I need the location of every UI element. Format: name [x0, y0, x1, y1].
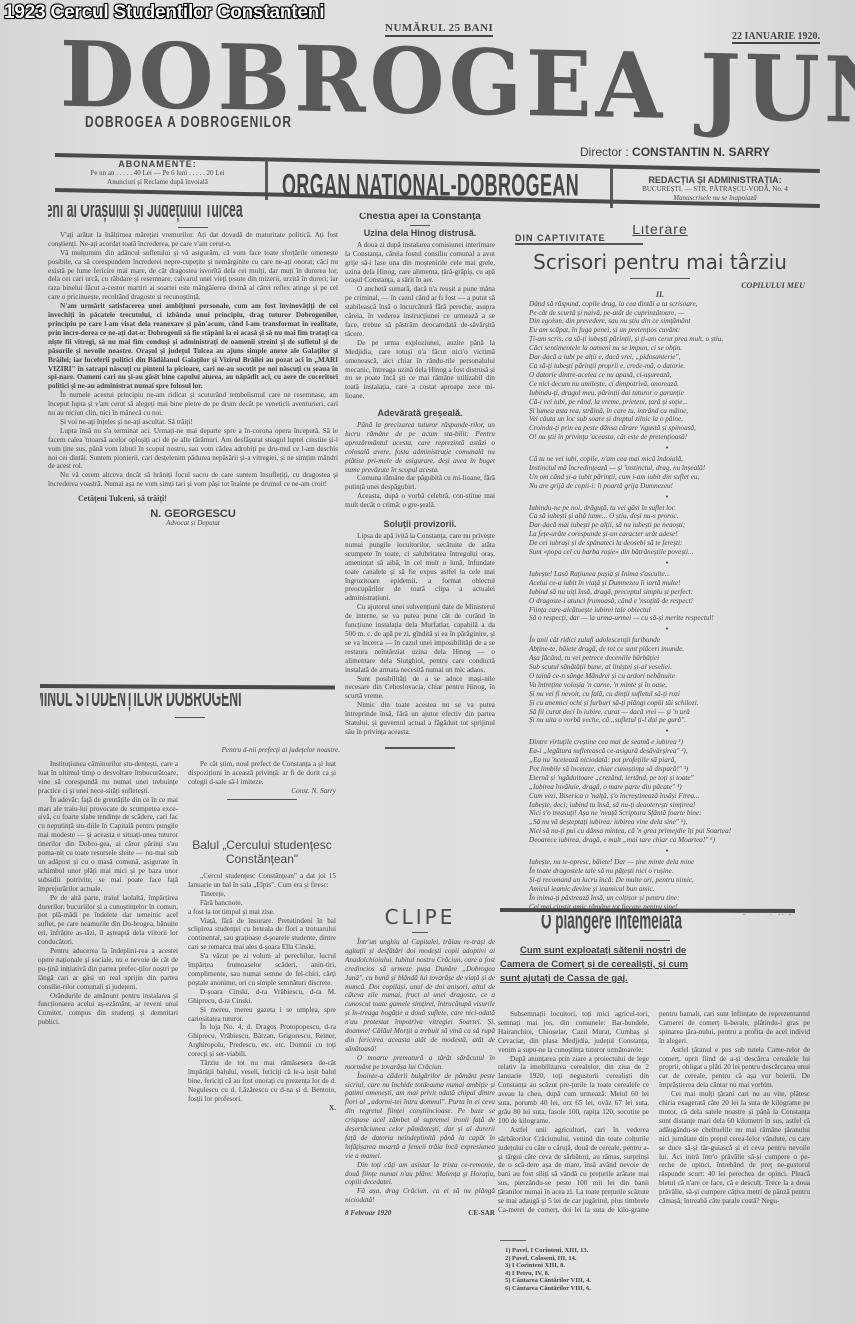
paragraph: În adevăr: față de greutățile din ce în …	[38, 796, 178, 894]
poem-stanza: Iubindu-ne pe noi, drăguță, tu vei găsi …	[529, 504, 805, 557]
poem-line: Ca să iubești și altă lume... O știu, de…	[529, 512, 805, 521]
poem-line: Iubind să nu uiți însă, dragă, preceptul…	[529, 588, 805, 597]
overlay-caption: 1923 Cercul Studentilor Constanteni	[4, 2, 324, 24]
paragraph: Aceasta, după o vorbă celebră, con-stitu…	[345, 492, 495, 510]
article-constanta: Chestia apei la Constanța Uzina dela Hin…	[345, 213, 495, 908]
section-rule	[40, 684, 335, 690]
poem-line: În inima-ți păstrează însă, un colțișor …	[529, 894, 805, 903]
paragraph: Fără bancnote,	[188, 899, 336, 908]
paragraph: Comuna rămâne dar păgubită cu mi-lioane,…	[345, 474, 495, 492]
paragraph: După anunțarea prin ziare a proiectului …	[498, 1055, 649, 1126]
poem-line: Iubește, deci; iubind tu însă, să nu-ți …	[529, 801, 805, 810]
poem-line: „Ea nu 'ncetează niciodată: pot profeții…	[529, 756, 805, 765]
paragraph: Sunt posibilități de a se aduce mași-nil…	[345, 675, 495, 702]
poem-line: Să fii curat deci în iubire, curat — dac…	[529, 708, 805, 717]
section-subtitle: Adevărată greșeală.	[345, 409, 495, 418]
closing-line: Cetățeni Tulceni, să trăiți!	[48, 495, 338, 504]
poem-line: Dând să răspund, copile drag, la cea din…	[529, 300, 805, 309]
poem-line: Vei căuta un loc sub soare și dreptul zi…	[529, 415, 805, 424]
divider	[385, 747, 455, 749]
poem-line: O dragoste-i atunci frumoasă, când e 'ns…	[529, 597, 805, 606]
article-camin-col2: Pe cât știm, noul prefect de Constanța a…	[188, 760, 336, 835]
poem-line: Din egoism, din prevedere, sau nu știu d…	[529, 317, 805, 326]
paragraph: a fost la tot timpul și mai zise.	[188, 908, 336, 917]
paragraph: Instituțiunea căminurilor stu-dențești, …	[38, 760, 178, 796]
poem-line: Și nu uita o vorbă veche, că „sufletul ț…	[529, 716, 805, 725]
paragraph: Pe de altă parte, traiul laolaltă, împăr…	[38, 894, 178, 947]
director-name: CONSTANTIN N. SARRY	[632, 145, 770, 159]
subscriptions-prices: Pe un an . . . . . 40 Lei — Pe 6 luni . …	[55, 169, 260, 178]
paragraph: O anchetă sumară, dacă n'a reușit a pune…	[345, 285, 495, 338]
poem-line: O! nu știi în privința 'aceasta, cât est…	[529, 433, 805, 442]
poem-line: Instinctul mă încredințează — și 'instin…	[529, 464, 805, 473]
paragraph: De pe urma exploziunei, auzite până la M…	[345, 339, 495, 401]
poem-line: Ce nici decum nu umilește, ci dimpotrivă…	[529, 380, 805, 389]
article-clipe-title: CLIPE	[345, 905, 495, 929]
poem-line: Pot limbile să înceteze, chiar cunoștinț…	[529, 765, 805, 774]
paragraph: Și mereu, mereu gazeta i se umplea, spre…	[188, 1006, 336, 1024]
poem-line: Ea-i „legătura sufletească ce-asigură de…	[529, 747, 805, 756]
poem-line: Croindu-ți prin ea peste dânsa cărare 'n…	[529, 424, 805, 433]
poem-line: Eu am scăpat, în fuga penei, și un prete…	[529, 326, 805, 335]
footnote: 5) Cântarea Cântărilor VIII, 4.	[505, 1277, 655, 1285]
redaction-box: REDACȚIA ȘI ADMINISTRAȚIA: BUCUREȘTI. — …	[615, 176, 815, 203]
poem-line: Abține-te, băiete dragă, de tot ce sunt …	[529, 645, 805, 654]
paragraph: În numele acestui principiu ne-am ridica…	[48, 391, 338, 418]
article-camin-title-block: CAMINUL STUDENȚILOR DOBROGENI	[40, 693, 340, 738]
stanza-separator: •	[529, 559, 805, 568]
paragraph: O moarte prematură a târât sărăcutul în …	[345, 1054, 495, 1072]
paragraph: Nu vă cerem altceva decât să hrăniți foc…	[48, 471, 338, 489]
article-date: 8 Februar 1920	[345, 1209, 391, 1218]
poem-line: Va întreține voioșia 'n carne, 'n minte …	[529, 681, 805, 690]
poem-line: Sunt «popa cel cu barba roșie» din bătrâ…	[529, 548, 805, 557]
poem-line: „Să nu vă deșteptați iubirea: iubirea vi…	[529, 818, 805, 827]
poem-line: Sub scutul sănătății bune, al liniștei ș…	[529, 663, 805, 672]
poem-line: Nici s'o treasuți! Așa ne 'nvață Scriptu…	[529, 809, 805, 818]
paragraph: Cu ajutorul unei subvențiuni date de Min…	[345, 603, 495, 674]
divider	[412, 932, 428, 933]
author-title: Advocat și Deputat	[48, 519, 338, 528]
paragraph: A doua zi după instalarea comisiunei int…	[345, 241, 495, 286]
paragraph: Cei mai mulți țărani cari nu au vite, pl…	[659, 1090, 810, 1206]
poem-line: Nici să nu-ți pui cu dânsa mintea, că 'n…	[529, 827, 805, 836]
paragraph: Subsemnații locuitori, toți mici agricul…	[498, 1010, 649, 1055]
paragraph: Lipsa de apă ivită la Constanța, care nu…	[345, 532, 495, 603]
poem-stanza: Că tu ne vei iubi, copile, n'am cea mai …	[529, 455, 805, 491]
poem-line: În anii cât ridici zulufi adolescenții f…	[529, 636, 805, 645]
divider	[640, 940, 670, 941]
poem-line: Și cu anemici ochi și furburi să-ți plân…	[529, 699, 805, 708]
article-plangere-subtitle: Cum sunt exploatați sătenii noștri de Ca…	[500, 944, 700, 986]
poem-stanza: Iubește! Lasă Rațiunea pușia și Inima s'…	[529, 570, 805, 623]
poem-line: Eternă și 'ngăduitoare „crezând, iertând…	[529, 774, 805, 783]
poem-line: Pe cât de scurtă și naivă, pe-atât de cu…	[529, 309, 805, 318]
footnote: 6) Cântarea Cântărilor VIII, 6.	[505, 1285, 655, 1293]
section-subtitle: Uzina dela Hinog distrusă.	[345, 229, 495, 238]
divider	[630, 278, 690, 279]
poem-line: Ca să-ți iubești părinții proprii e, cre…	[529, 362, 805, 371]
poem-line: Dintre virtuțile creștine cea mai de sea…	[529, 738, 805, 747]
footnote-rule	[500, 1240, 526, 1241]
poem-stanza: În anii cât ridici zulufi adolescenții f…	[529, 636, 805, 725]
poem-line: O datorie dintre-acelea ce nu apasă, ci-…	[529, 371, 805, 380]
poem-stanza: Dintre virtuțile creștine cea mai de sea…	[529, 738, 805, 845]
poem-line: Ți-am scris, ca să-ți iubești părinții, …	[529, 335, 805, 344]
footnote: 2) Pavel, Coloseni, III, 14.	[505, 1255, 655, 1263]
article-constanta-title: Chestia apei la Constanța	[345, 213, 495, 222]
paragraph: Pe cât știm, noul prefect de Constanța a…	[188, 760, 336, 787]
subscriptions-title: ABONAMENTE:	[55, 160, 260, 169]
article-literare: Literare DIN CAPTIVITATE Scrisori pentru…	[515, 225, 805, 915]
subscriptions-ads: Anunciuri și Reclame după învoială	[55, 178, 260, 187]
stanza-separator: •	[529, 444, 805, 453]
article-literare-title: Scrisori pentru mai târziu	[515, 249, 805, 275]
paragraph: Orândurile de amănunt pentru instalarea …	[38, 992, 178, 1028]
poem-line: O taină ce-n sânge Mândrei și cu ardori …	[529, 672, 805, 681]
poem-line: Ființa care-alcătuește iubirei tale obie…	[529, 606, 805, 615]
footnote: 1) Pavel, I Corinteni, XIII, 13.	[505, 1247, 655, 1255]
poem-line: Și lumea asta rea, străină, în care tu, …	[529, 407, 805, 416]
series-label: DIN CAPTIVITATE	[515, 234, 643, 245]
poem-line: Cum vezi, Biserica o 'nalță, ș'o încreșt…	[529, 792, 805, 801]
article-plangere-body: Subsemnații locuitori, toți mici agricul…	[498, 1010, 810, 1220]
poem-line: Iubindu-ne pe noi, drăguță, tu vei găsi …	[529, 504, 805, 513]
poem-line: Că tu ne vei iubi, copile, n'am cea mai …	[529, 455, 805, 464]
paragraph: Vă mulțumim din adâncul sufletului și vă…	[48, 249, 338, 302]
paragraph: Nimic din toate acestea nu se va putea î…	[345, 701, 495, 737]
paragraph: În loja No. 4, d. Dragoș Protopopescu, d…	[188, 1023, 336, 1059]
divider	[227, 799, 297, 800]
poem-line: Că-i vei iubi, pe rând, la vreme, priete…	[529, 398, 805, 407]
poem-line: Un om când și-a iubit părinții, cum i-am…	[529, 473, 805, 482]
author-name: N. GEORGESCU	[48, 510, 338, 519]
poem-line: De cei iubrași și de spânateci la deoseb…	[529, 539, 805, 548]
paragraph: Târziu de tot nu mai rămăsesera de-cât î…	[188, 1059, 336, 1104]
paragraph: „Cercul studențesc Constănțean" a dat jo…	[188, 872, 336, 890]
poem: Dând să răspund, copile drag, la cea din…	[515, 300, 805, 912]
redaction-title: REDACȚIA ȘI ADMINISTRAȚIA:	[615, 176, 815, 185]
poem-line: Amicul ieamic devine și inamicul bun ami…	[529, 885, 805, 894]
section-subtitle: Soluții provizorii.	[345, 520, 495, 529]
poem-line: Iubește, nu te-opresc, băiete! Dar — țin…	[529, 858, 805, 867]
article-bal-title: Balul „Cercului studențesc Constănțean"	[188, 838, 336, 866]
paragraph: Pentru aducerea la îndeplini-rea a acest…	[38, 947, 178, 992]
paragraph: Lupta însă nu s'a terminat aci. Urmați-n…	[48, 427, 338, 472]
poem-line: Acelui ce-a iubit în viață și Dumnezeu î…	[529, 579, 805, 588]
part-number: II.	[515, 291, 805, 300]
poem-line: La fețe-urâte corespunde și-un caracter …	[529, 530, 805, 539]
stanza-separator: •	[529, 727, 805, 736]
poem-line: Dar dacă a iubi pe alții e, dacă vrei, „…	[529, 353, 805, 362]
author-signature: X.	[188, 1104, 336, 1113]
stanza-separator: •	[529, 847, 805, 856]
article-tulcea-title: Cetățeni ai Orașului și Județului Tulcea	[48, 205, 243, 217]
author-name: Const. N. Sarry	[188, 787, 336, 796]
paragraph: Tinerețe,	[188, 890, 336, 899]
poem-line: Nu are grijă de copii-i: îi poartă grija…	[529, 482, 805, 491]
divider	[410, 225, 430, 226]
paragraph: Fă așa, drag Crăciun, ca ei să nu plângă…	[345, 1187, 495, 1205]
motto: DOBROGEA A DOBROGENILOR	[85, 113, 292, 131]
poem-line: Așa făcând, tu vei petrece deceniile băr…	[529, 654, 805, 663]
poem-line: Și nu vei fi nevoit, cu fală, cu dinții …	[529, 690, 805, 699]
divider	[178, 227, 208, 228]
redaction-address: BUCUREȘTI. — STR. PĂTRAȘCU-VODĂ, No. 4	[615, 185, 815, 194]
author-signature: CE-SAR	[468, 1209, 495, 1218]
paragraph: N'am urmărit satisfacerea unei ambițiuni…	[48, 302, 338, 391]
poem-line: Deoarece iubirea, dragă, e mult „mai tar…	[529, 836, 805, 845]
poem-line: Căci sentimentele la oameni nu se impun,…	[529, 344, 805, 353]
paragraph: Într'un unghiu al Capitalei, trăiau re-t…	[345, 938, 495, 1054]
divider	[175, 717, 205, 718]
poem-stanza: Dând să răspund, copile drag, la cea din…	[529, 300, 805, 443]
footnote: 3) I Corinteni XIII, 8.	[505, 1262, 655, 1270]
director-label: Director :	[580, 145, 629, 159]
subscriptions-box: ABONAMENTE: Pe un an . . . . . 40 Lei — …	[55, 160, 260, 187]
paragraph: Până la precizarea tuturor răspunde-rilo…	[345, 421, 495, 474]
article-tulcea: Cetățeni ai Orașului și Județului Tulcea…	[48, 205, 338, 670]
stanza-separator: •	[529, 493, 805, 502]
director-line: Director : CONSTANTIN N. SARRY	[580, 145, 770, 159]
paragraph: D-șoara Cinski, d-ra Vrăbiescu, d-ra M. …	[188, 988, 336, 1006]
poem-line: „Iubirea învăluie, dragă, o mare parte d…	[529, 783, 805, 792]
epigraph: Pentru d-nii prefecți ai județelor noast…	[222, 746, 340, 754]
paragraph: Și voi ne-ați înțeles și ne-ați ascultat…	[48, 418, 338, 427]
poem-line: Iubindu-ți, dragul meu, părinții dai tut…	[529, 389, 805, 398]
paragraph: Înainte-a căderii bulgărilor de pământ p…	[345, 1072, 495, 1161]
article-plangere-head: O plângere întemeiată Cum sunt exploataț…	[500, 915, 810, 1010]
article-camin-title: CAMINUL STUDENȚILOR DOBROGENI	[40, 693, 241, 706]
poem-line: Iubește! Lasă Rațiunea pușia și Inima s'…	[529, 570, 805, 579]
paragraph: Din toți câți am asistat la trista ce-re…	[345, 1161, 495, 1188]
paragraph: Astfel țăranul e pus sub tutela Came-rel…	[659, 1046, 810, 1091]
poem-line: Să o respecți, dar — la urma-urmei — cu …	[529, 614, 805, 623]
footnote: 4) I Petru, IV, 8.	[505, 1270, 655, 1278]
paragraph: V'ați arătat la înălțimea măreției vremu…	[48, 231, 338, 249]
poem-stanza: Iubește, nu te-opresc, băiete! Dar — țin…	[529, 858, 805, 911]
article-plangere-title: O plângere întemeiată	[541, 915, 682, 927]
poem-line: Și-ți recomand un lucru încă: De multe o…	[529, 876, 805, 885]
article-camin-epigraph: Pentru d-nii prefecți ai județelor noast…	[180, 746, 340, 758]
footnotes: 1) Pavel, I Corinteni, XIII, 13.2) Pavel…	[505, 1247, 655, 1307]
newspaper-page: 1923 Cercul Studentilor Constanteni NUMĂ…	[0, 0, 855, 1324]
article-camin-col1: Instituțiunea căminurilor stu-dențești, …	[38, 760, 178, 1320]
poem-line: În toate dragostele tale să nu pățești n…	[529, 867, 805, 876]
paragraph: Viață, fără de însurare. Pretutindeni în…	[188, 917, 336, 953]
paragraph: S'a văzut pe zi volum al perechilor, luc…	[188, 952, 336, 988]
stanza-separator: •	[529, 625, 805, 634]
article-bal: Balul „Cercului studențesc Constănțean" …	[188, 838, 336, 1323]
poem-line: Dar dacă mai iubești pe alții, să nu iub…	[529, 521, 805, 530]
article-clipe: CLIPE Într'un unghiu al Capitalei, trăia…	[345, 905, 495, 1320]
